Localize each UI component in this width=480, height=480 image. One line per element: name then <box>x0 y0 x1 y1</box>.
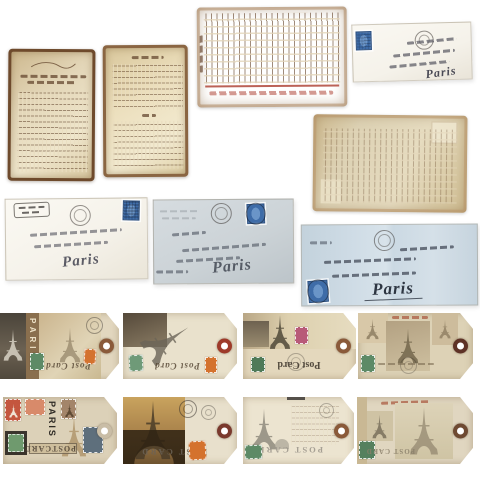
red-script <box>392 316 428 319</box>
address-script <box>182 243 266 252</box>
cross-written-letter <box>197 6 348 107</box>
tag-hole <box>334 423 349 438</box>
tag-hole <box>336 339 351 354</box>
eiffel-tower-icon <box>372 414 387 439</box>
envelope-cream: Paris <box>5 197 149 280</box>
blue-stamp <box>246 203 265 224</box>
cross-writing-script <box>204 13 340 84</box>
paris-label: PARIS <box>47 401 57 438</box>
pink-stamp <box>295 327 308 344</box>
grid-cancel-mark <box>356 32 370 49</box>
folded-blue-letter: Paris <box>301 224 478 307</box>
faded-handwritten-letter <box>312 114 467 213</box>
postmark <box>374 230 395 251</box>
handwritten-letter-page-2 <box>103 45 189 177</box>
eiffel-tower-icon <box>439 317 451 341</box>
red-stamped-text <box>209 91 333 96</box>
salmon-stamp <box>25 399 45 415</box>
post-card-label: POST CARD <box>267 445 323 455</box>
postcard-label: POSTCARD <box>29 443 77 454</box>
red-rule <box>205 85 339 87</box>
paris-tag-2: Post Card <box>123 313 237 379</box>
subtitle-script <box>20 75 86 78</box>
subtitle-script <box>27 81 75 84</box>
postmark <box>211 203 232 224</box>
small-tower-photo <box>367 411 393 441</box>
city-script: Paris <box>211 256 252 278</box>
paris-tag-6: POST CARD <box>123 397 237 464</box>
city-script: Paris <box>61 251 100 272</box>
green-stamp <box>245 445 262 460</box>
green-stamp <box>251 357 265 372</box>
section-script <box>142 114 156 117</box>
blue-stamp <box>307 280 329 303</box>
margin-script-vertical <box>200 33 203 73</box>
eiffel-photo-strip <box>0 313 26 379</box>
letter-body-script <box>113 64 183 110</box>
circle-cancel-mark <box>306 279 330 305</box>
city-script: Paris <box>425 63 458 82</box>
orange-stamp <box>83 349 96 365</box>
tag-hole <box>217 423 232 438</box>
tag-hole <box>97 423 112 438</box>
orange-stamp <box>189 441 207 461</box>
postmark <box>319 403 334 418</box>
postmark <box>70 205 91 226</box>
paris-tag-1: PARIS Post Card <box>0 313 119 379</box>
eiffel-tower-icon <box>3 317 23 373</box>
faded-handstamp <box>160 208 204 226</box>
handwritten-letter-page-1 <box>8 49 96 182</box>
postmark <box>86 317 103 334</box>
staple <box>287 397 305 400</box>
boxed-handstamp <box>13 202 50 219</box>
address-script <box>30 228 122 236</box>
post-card-label: Post Card <box>273 359 325 370</box>
paris-tag-4 <box>358 313 473 379</box>
tag-hole <box>453 339 468 354</box>
address-script <box>324 257 416 263</box>
paris-tag-3: Post Card <box>243 313 356 379</box>
blue-stamp <box>122 200 139 220</box>
tag-hole <box>99 339 114 354</box>
orange-stamp <box>205 357 217 373</box>
vintage-ephemera-collage: Paris Paris Paris <box>0 0 480 480</box>
grid-cancel-mark <box>123 201 138 219</box>
notation-script <box>400 245 454 251</box>
green-stamp <box>361 355 375 372</box>
envelope-top-right: Paris <box>351 21 472 82</box>
tag-hole <box>217 339 232 354</box>
postmark <box>400 357 417 374</box>
paris-tag-5: PARIS POSTCARD <box>3 397 117 464</box>
blue-napoleon-stamp <box>355 31 371 50</box>
eiffel-tower-icon <box>366 317 379 341</box>
city-script: Paris <box>364 278 423 301</box>
paris-tag-7: POST CARD <box>243 397 354 464</box>
faint-script <box>323 128 458 203</box>
circle-cancel-mark <box>245 202 266 225</box>
post-card-label: Post Card <box>151 361 203 371</box>
green-stamp <box>30 353 44 370</box>
cancel-lines <box>378 363 434 365</box>
address-script <box>393 49 455 57</box>
letter-body-script <box>18 92 89 172</box>
red-eiffel-stamp <box>5 399 21 421</box>
dark-rooftops <box>243 321 269 347</box>
eiffel-tower-icon <box>267 314 293 350</box>
letter-body-script <box>113 121 183 169</box>
envelope-blue-grey: Paris <box>153 199 295 285</box>
tag-hole <box>453 423 468 438</box>
corner-script <box>310 241 332 244</box>
postmark <box>179 400 197 418</box>
post-card-label: POST CARD <box>375 447 415 455</box>
address-script <box>172 231 206 236</box>
green-stamp <box>129 355 144 372</box>
postcard-scrap <box>358 313 388 343</box>
title-flourish <box>27 59 79 71</box>
postmark <box>201 405 216 420</box>
address-script <box>332 271 416 277</box>
heading-script <box>132 56 164 59</box>
paris-tag-8: POST CARD <box>357 397 473 464</box>
address-script <box>34 241 108 248</box>
eiffel-tower-icon <box>9 402 18 419</box>
corner-script <box>156 270 188 273</box>
